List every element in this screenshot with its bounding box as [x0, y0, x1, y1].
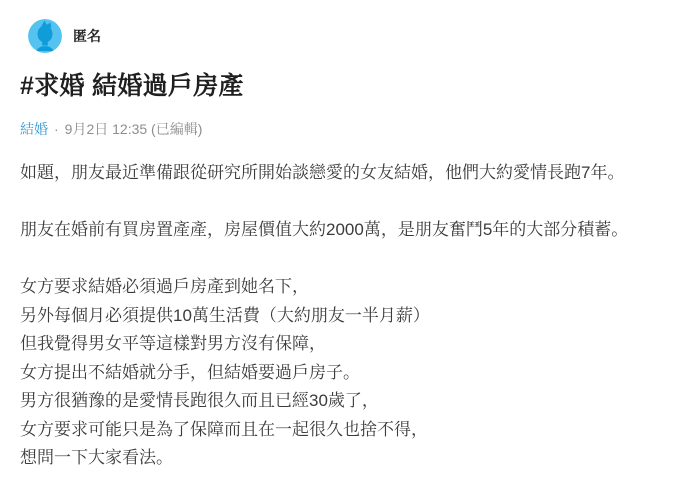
post-line: 女方要求結婚必須過戶房產到她名下，: [20, 273, 656, 302]
anonymous-avatar: [28, 19, 62, 53]
post-paragraph: 女方要求結婚必須過戶房產到她名下，另外每個月必須提供10萬生活費（大約朋友一半月…: [20, 273, 656, 473]
post-line: 女方要求可能只是為了保障而且在一起很久也捨不得，: [20, 416, 656, 445]
post-paragraph: 朋友在婚前有買房置產產，房屋價值大約2000萬，是朋友奮鬥5年的大部分積蓄。: [20, 216, 656, 245]
post-line: 另外每個月必須提供10萬生活費（大約朋友一半月薪）: [20, 302, 656, 331]
post-line: 朋友在婚前有買房置產產，房屋價值大約2000萬，是朋友奮鬥5年的大部分積蓄。: [20, 216, 656, 245]
post-meta: 結婚 · 9月2日 12:35 (已編輯): [20, 119, 656, 139]
post-line: 女方提出不結婚就分手，但結婚要過戶房子。: [20, 359, 656, 388]
post-title: #求婚 結婚過戶房產: [20, 70, 656, 103]
author-row: 匿名: [20, 19, 656, 53]
post-line: 男方很猶豫的是愛情長跑很久而且已經30歲了，: [20, 387, 656, 416]
post-content: 如題，朋友最近準備跟從研究所開始談戀愛的女友結婚，他們大約愛情長跑7年。朋友在婚…: [20, 159, 656, 473]
post-paragraph: 如題，朋友最近準備跟從研究所開始談戀愛的女友結婚，他們大約愛情長跑7年。: [20, 159, 656, 188]
post-line: 但我覺得男女平等這樣對男方沒有保障，: [20, 330, 656, 359]
category-link[interactable]: 結婚: [20, 119, 48, 139]
post-page: 匿名 #求婚 結婚過戶房產 結婚 · 9月2日 12:35 (已編輯) 如題，朋…: [0, 0, 676, 473]
post-line: 如題，朋友最近準備跟從研究所開始談戀愛的女友結婚，他們大約愛情長跑7年。: [20, 159, 656, 188]
post-timestamp: 9月2日 12:35 (已編輯): [65, 119, 203, 139]
author-name: 匿名: [73, 26, 101, 46]
post-line: 想問一下大家看法。: [20, 444, 656, 473]
meta-separator: ·: [54, 121, 59, 137]
